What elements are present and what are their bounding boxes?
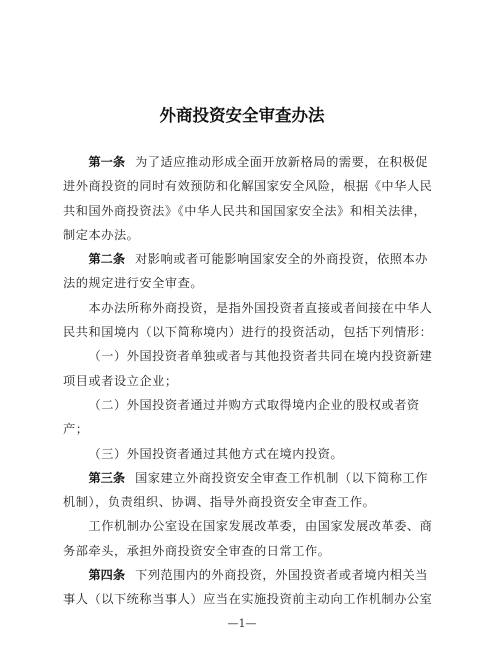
line-text: 制定本办法。 (63, 228, 139, 242)
line-text: 国家建立外商投资安全审查工作机制（以下简称工作 (135, 471, 428, 485)
document-page: 外商投资安全审查办法 第一条为了适应推动形成全面开放新格局的需要，在积极促进外商… (0, 0, 484, 652)
text-line: 事人（以下统称当事人）应当在实施投资前主动向工作机制办公室 (63, 587, 421, 611)
line-text: 务部牵头，承担外商投资安全审查的日常工作。 (63, 544, 331, 558)
line-text: 法的规定进行安全审查。 (63, 276, 203, 290)
line-text: 本办法所称外商投资，是指外国投资者直接或者间接在中华人 (89, 301, 433, 315)
text-line: 产； (63, 417, 421, 441)
line-text: 产； (63, 422, 88, 436)
article-heading: 第二条 (89, 252, 126, 266)
line-text: 事人（以下统称当事人）应当在实施投资前主动向工作机制办公室 (63, 592, 432, 606)
page-number: —1— (0, 617, 484, 630)
line-text: 机制），负责组织、协调、指导外商投资安全审查工作。 (63, 495, 375, 509)
line-text: 工作机制办公室设在国家发展改革委，由国家发展改革委、商 (89, 519, 433, 533)
text-line: 制定本办法。 (63, 223, 421, 247)
text-line: 本办法所称外商投资，是指外国投资者直接或者间接在中华人 (63, 296, 421, 320)
text-line: 民共和国境内（以下简称境内）进行的投资活动，包括下列情形： (63, 320, 421, 344)
text-line: 共和国外商投资法》《中华人民共和国国家安全法》和相关法律， (63, 199, 421, 223)
text-line: 项目或者设立企业； (63, 369, 421, 393)
text-line: 务部牵头，承担外商投资安全审查的日常工作。 (63, 539, 421, 563)
article-heading: 第四条 (89, 568, 126, 582)
article-heading: 第一条 (89, 155, 126, 169)
line-text: （一）外国投资者单独或者与其他投资者共同在境内投资新建 (89, 349, 433, 363)
line-text: （二）外国投资者通过并购方式取得境内企业的股权或者资 (89, 398, 420, 412)
line-text: 民共和国境内（以下简称境内）进行的投资活动，包括下列情形： (63, 325, 432, 339)
line-text: 为了适应推动形成全面开放新格局的需要，在积极促 (135, 155, 428, 169)
line-text: 进外商投资的同时有效预防和化解国家安全风险，根据《中华人民 (63, 179, 432, 193)
text-line: 机制），负责组织、协调、指导外商投资安全审查工作。 (63, 490, 421, 514)
text-line: 工作机制办公室设在国家发展改革委，由国家发展改革委、商 (63, 514, 421, 538)
text-line: 第四条下列范围内的外商投资，外国投资者或者境内相关当 (63, 563, 421, 587)
text-line: 第二条对影响或者可能影响国家安全的外商投资，依照本办 (63, 247, 421, 271)
line-text: 对影响或者可能影响国家安全的外商投资，依照本办 (135, 252, 428, 266)
line-text: 共和国外商投资法》《中华人民共和国国家安全法》和相关法律， (63, 204, 426, 218)
text-line: （一）外国投资者单独或者与其他投资者共同在境内投资新建 (63, 344, 421, 368)
document-body: 第一条为了适应推动形成全面开放新格局的需要，在积极促进外商投资的同时有效预防和化… (63, 150, 421, 612)
text-line: 法的规定进行安全审查。 (63, 271, 421, 295)
text-line: （三）外国投资者通过其他方式在境内投资。 (63, 442, 421, 466)
line-text: 项目或者设立企业； (63, 374, 178, 388)
text-line: （二）外国投资者通过并购方式取得境内企业的股权或者资 (63, 393, 421, 417)
line-text: 下列范围内的外商投资，外国投资者或者境内相关当 (135, 568, 428, 582)
text-line: 第三条国家建立外商投资安全审查工作机制（以下简称工作 (63, 466, 421, 490)
line-text: （三）外国投资者通过其他方式在境内投资。 (89, 447, 344, 461)
document-title: 外商投资安全审查办法 (0, 104, 484, 128)
text-line: 进外商投资的同时有效预防和化解国家安全风险，根据《中华人民 (63, 174, 421, 198)
article-heading: 第三条 (89, 471, 126, 485)
text-line: 第一条为了适应推动形成全面开放新格局的需要，在积极促 (63, 150, 421, 174)
